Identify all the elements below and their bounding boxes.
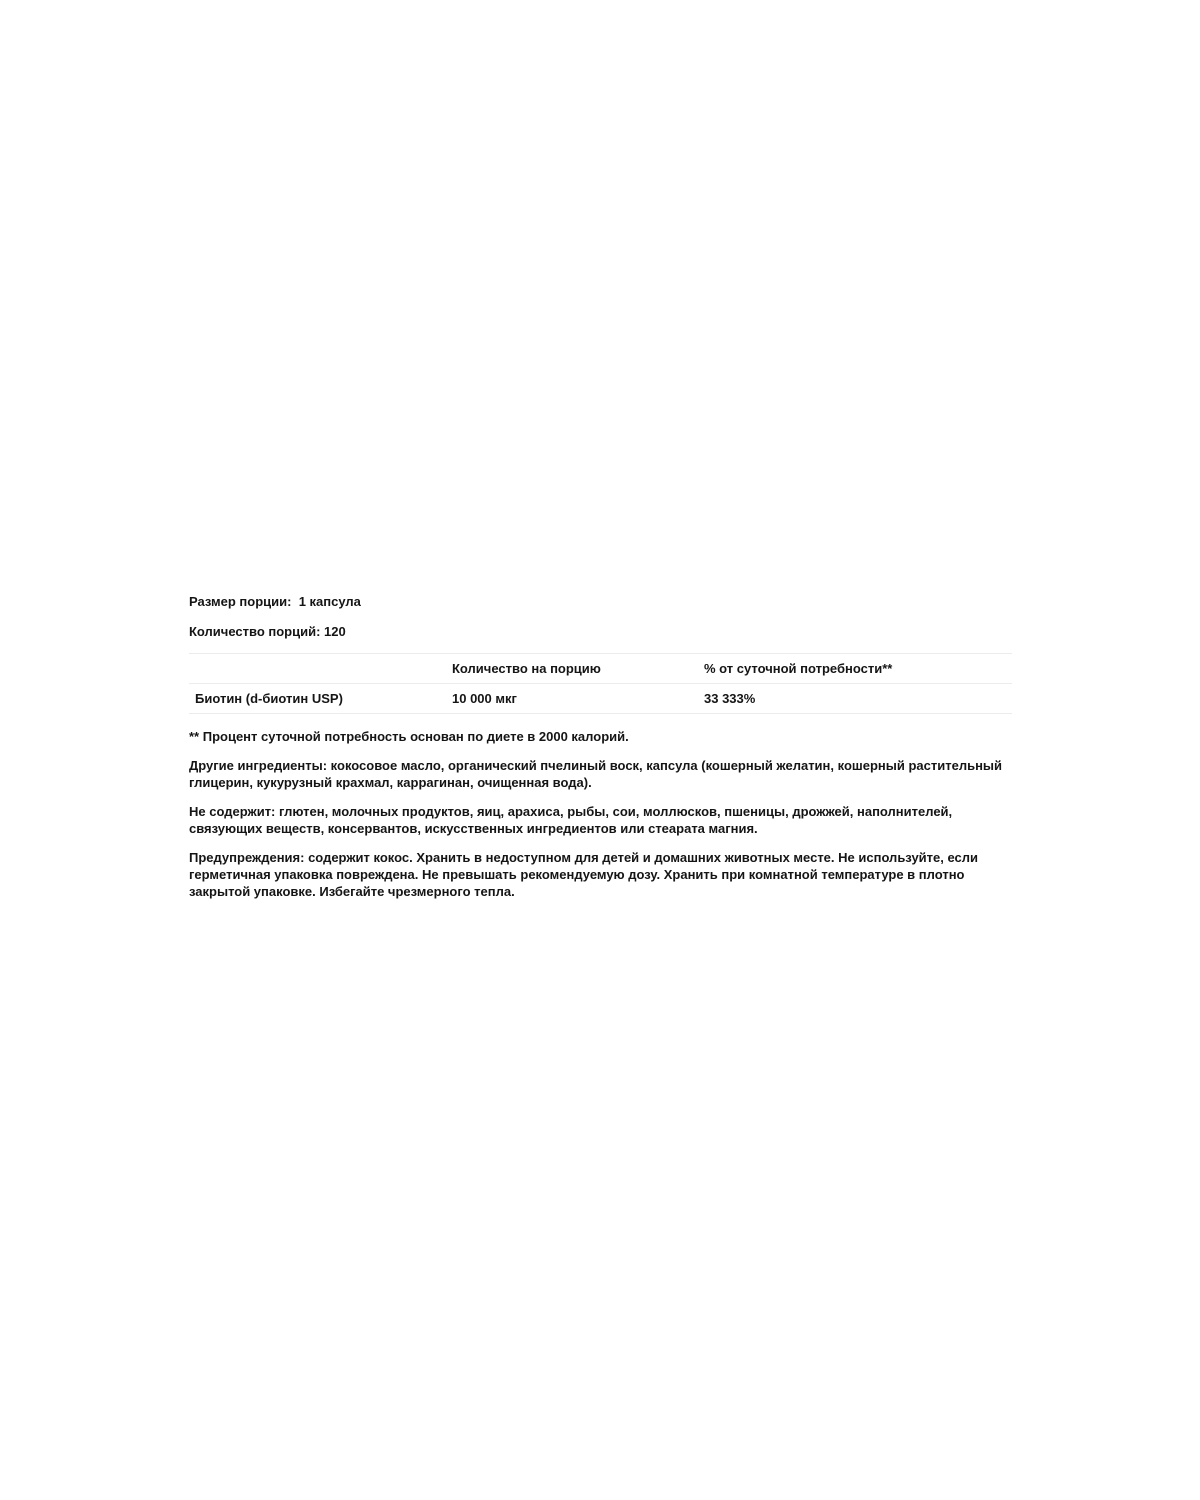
ingredient-amount: 10 000 мкг xyxy=(452,684,704,714)
table-row: Биотин (d-биотин USP) 10 000 мкг 33 333% xyxy=(189,684,1012,714)
header-ingredient xyxy=(189,654,452,684)
header-amount-per-serving: Количество на порцию xyxy=(452,654,704,684)
header-daily-value: % от суточной потребности** xyxy=(704,654,1012,684)
servings-count-label: Количество порций: xyxy=(189,624,320,639)
other-ingredients: Другие ингредиенты: кокосовое масло, орг… xyxy=(189,757,1012,791)
daily-value-footnote: ** Процент суточной потребность основан … xyxy=(189,728,1012,745)
servings-count-value: 120 xyxy=(324,624,346,639)
table-header-row: Количество на порцию % от суточной потре… xyxy=(189,654,1012,684)
free-from-statement: Не содержит: глютен, молочных продуктов,… xyxy=(189,803,1012,837)
ingredient-name: Биотин (d-биотин USP) xyxy=(189,684,452,714)
supplement-facts-label: Размер порции: 1 капсула Количество порц… xyxy=(189,593,1012,900)
warnings: Предупреждения: содержит кокос. Хранить … xyxy=(189,849,1012,900)
supplement-facts-table: Количество на порцию % от суточной потре… xyxy=(189,653,1012,714)
serving-size-value: 1 капсула xyxy=(299,594,361,609)
ingredient-daily-value: 33 333% xyxy=(704,684,1012,714)
serving-size-label: Размер порции: xyxy=(189,594,291,609)
serving-size: Размер порции: 1 капсула xyxy=(189,593,1012,611)
servings-per-container: Количество порций: 120 xyxy=(189,623,1012,641)
